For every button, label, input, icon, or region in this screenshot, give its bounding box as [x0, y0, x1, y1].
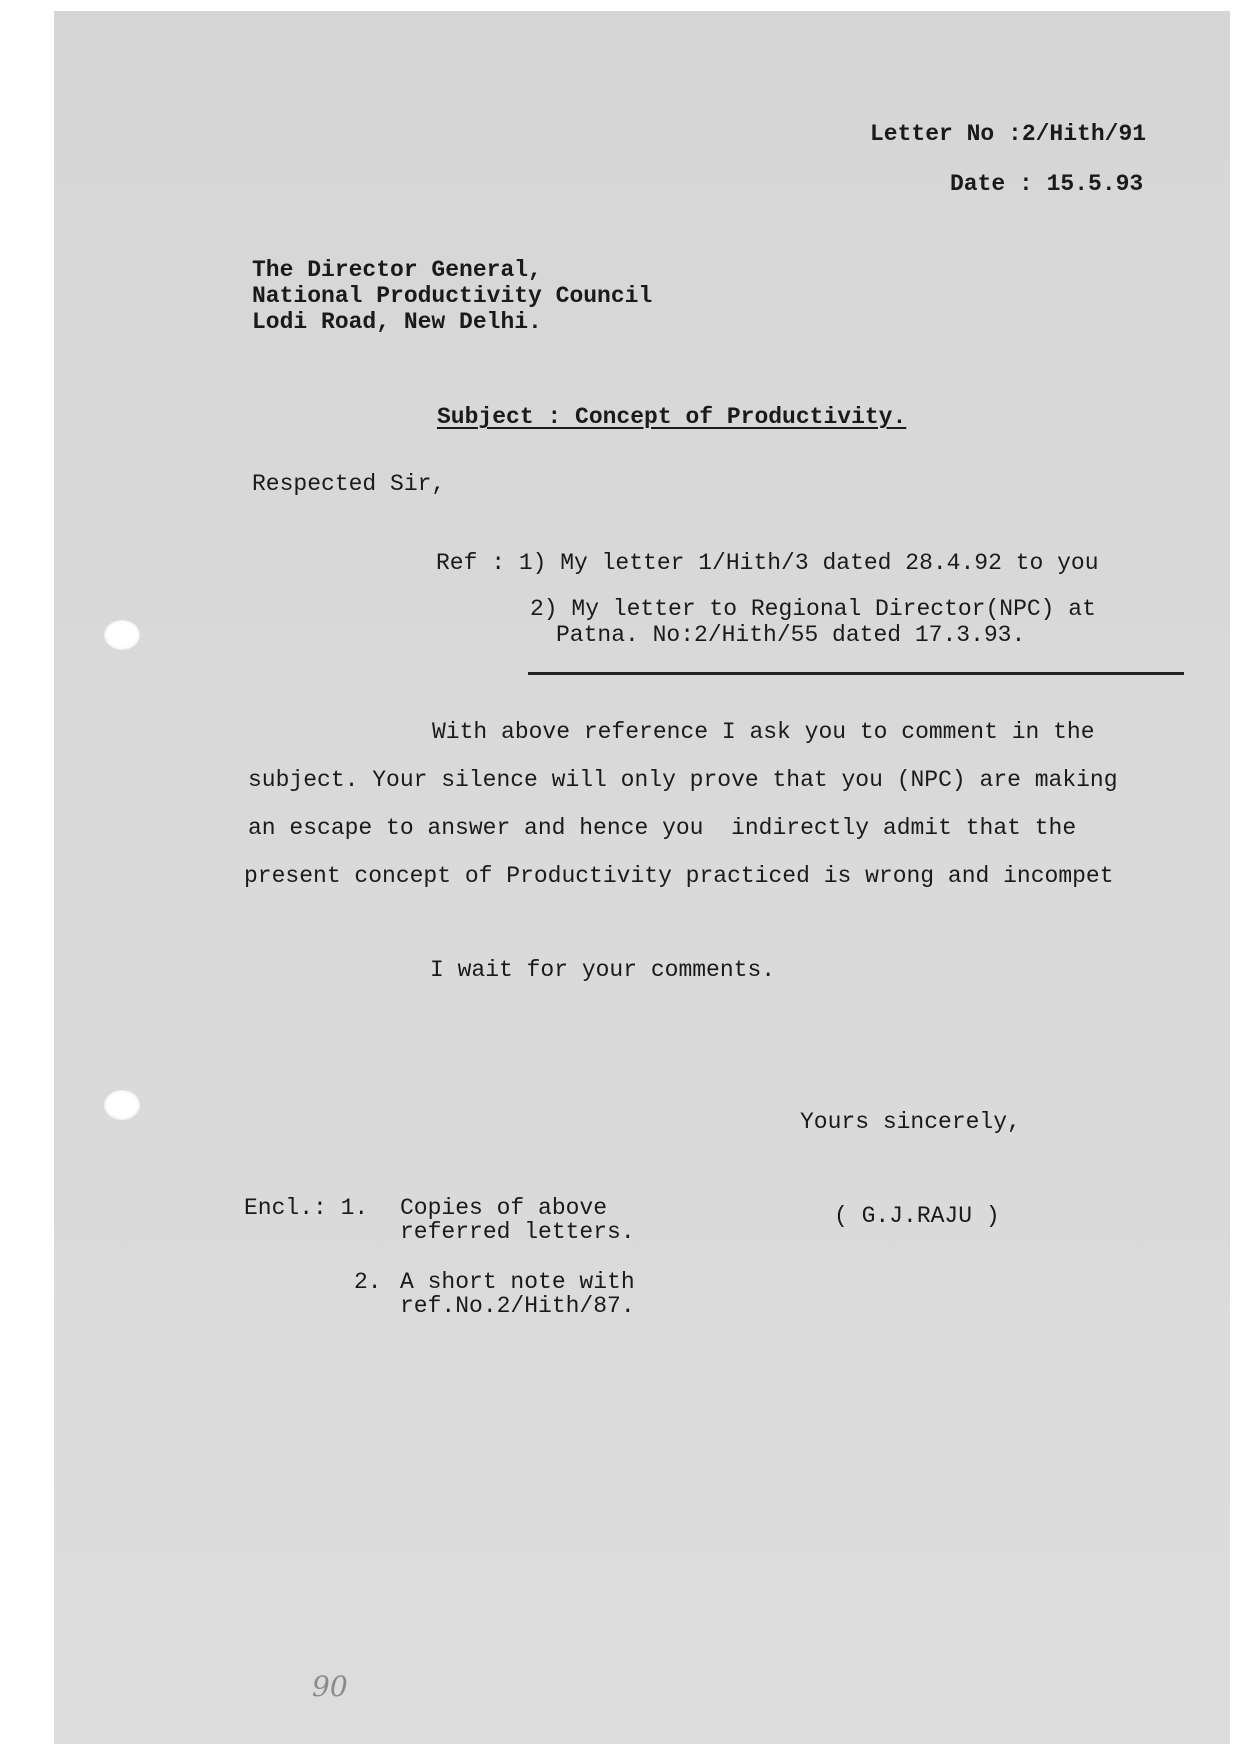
punch-hole: [104, 1090, 140, 1120]
body-line: With above reference I ask you to commen…: [432, 720, 1095, 744]
body-line: an escape to answer and hence you indire…: [248, 816, 1076, 840]
valediction: Yours sincerely,: [800, 1110, 1021, 1134]
enclosure-item-2-cont: ref.No.2/Hith/87.: [400, 1294, 635, 1318]
divider-rule: [528, 672, 1184, 675]
body-line: present concept of Productivity practice…: [244, 864, 1114, 888]
enclosure-item-1-cont: referred letters.: [400, 1220, 635, 1244]
salutation: Respected Sir,: [252, 472, 445, 496]
handwritten-page-number: 90: [312, 1670, 348, 1703]
letter-number: Letter No :2/Hith/91: [870, 122, 1146, 146]
punch-hole: [104, 620, 140, 650]
reference-2-cont: Patna. No:2/Hith/55 dated 17.3.93.: [556, 623, 1025, 647]
enclosure-item-2-number: 2.: [354, 1270, 382, 1294]
enclosure-item-2: A short note with: [400, 1270, 635, 1294]
signatory-name: ( G.J.RAJU ): [834, 1204, 1000, 1228]
letter-date: Date : 15.5.93: [950, 172, 1143, 196]
body-line: subject. Your silence will only prove th…: [248, 768, 1118, 792]
recipient-line: The Director General,: [252, 258, 542, 282]
reference-1: Ref : 1) My letter 1/Hith/3 dated 28.4.9…: [436, 551, 1099, 575]
closing-request: I wait for your comments.: [430, 958, 775, 982]
recipient-line: Lodi Road, New Delhi.: [252, 310, 542, 334]
reference-2: 2) My letter to Regional Director(NPC) a…: [530, 597, 1096, 621]
subject-line: Subject : Concept of Productivity.: [437, 405, 906, 429]
enclosure-label: Encl.: 1.: [244, 1196, 368, 1220]
recipient-line: National Productivity Council: [252, 284, 652, 308]
enclosure-item-1: Copies of above: [400, 1196, 607, 1220]
